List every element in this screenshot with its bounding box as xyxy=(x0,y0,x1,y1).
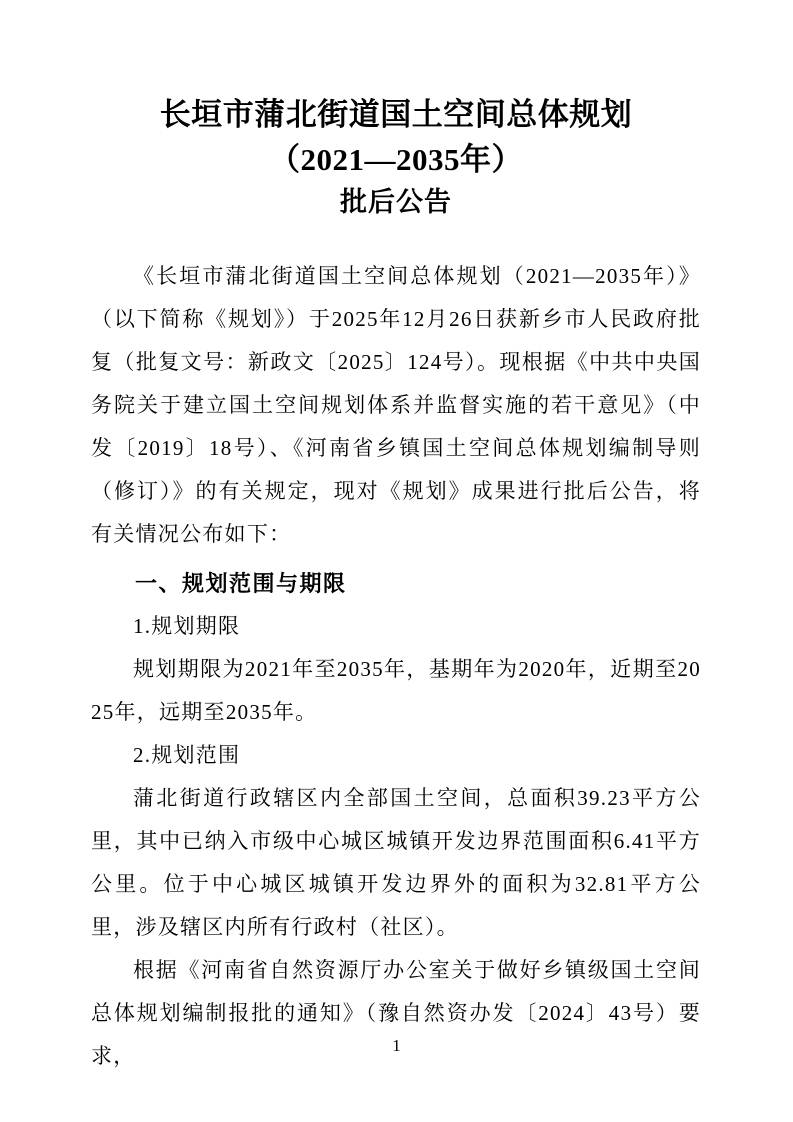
subsection-1-1-heading: 1.规划期限 xyxy=(91,605,701,648)
planning-scope-paragraph: 蒲北街道行政辖区内全部国土空间，总面积39.23平方公里，其中已纳入市级中心城区… xyxy=(91,777,701,949)
section-1-heading: 一、规划范围与期限 xyxy=(91,562,701,605)
planning-period-paragraph: 规划期限为2021年至2035年，基期年为2020年，近期至2025年，远期至2… xyxy=(91,648,701,734)
intro-paragraph: 《长垣市蒲北街道国土空间总体规划（2021—2035年）》（以下简称《规划》）于… xyxy=(91,255,701,556)
title-line-1: 长垣市蒲北街道国土空间总体规划 xyxy=(91,92,701,137)
page-number: 1 xyxy=(0,1036,793,1056)
document-content: 长垣市蒲北街道国土空间总体规划 （2021—2035年） 批后公告 《长垣市蒲北… xyxy=(0,0,793,1078)
title-line-2: （2021—2035年） xyxy=(91,137,701,182)
document-page: 长垣市蒲北街道国土空间总体规划 （2021—2035年） 批后公告 《长垣市蒲北… xyxy=(0,0,793,1122)
document-title: 长垣市蒲北街道国土空间总体规划 （2021—2035年） 批后公告 xyxy=(91,92,701,223)
planning-scope-paragraph-2: 根据《河南省自然资源厅办公室关于做好乡镇级国土空间总体规划编制报批的通知》（豫自… xyxy=(91,949,701,1078)
subsection-1-2-heading: 2.规划范围 xyxy=(91,734,701,777)
title-line-3: 批后公告 xyxy=(91,182,701,223)
